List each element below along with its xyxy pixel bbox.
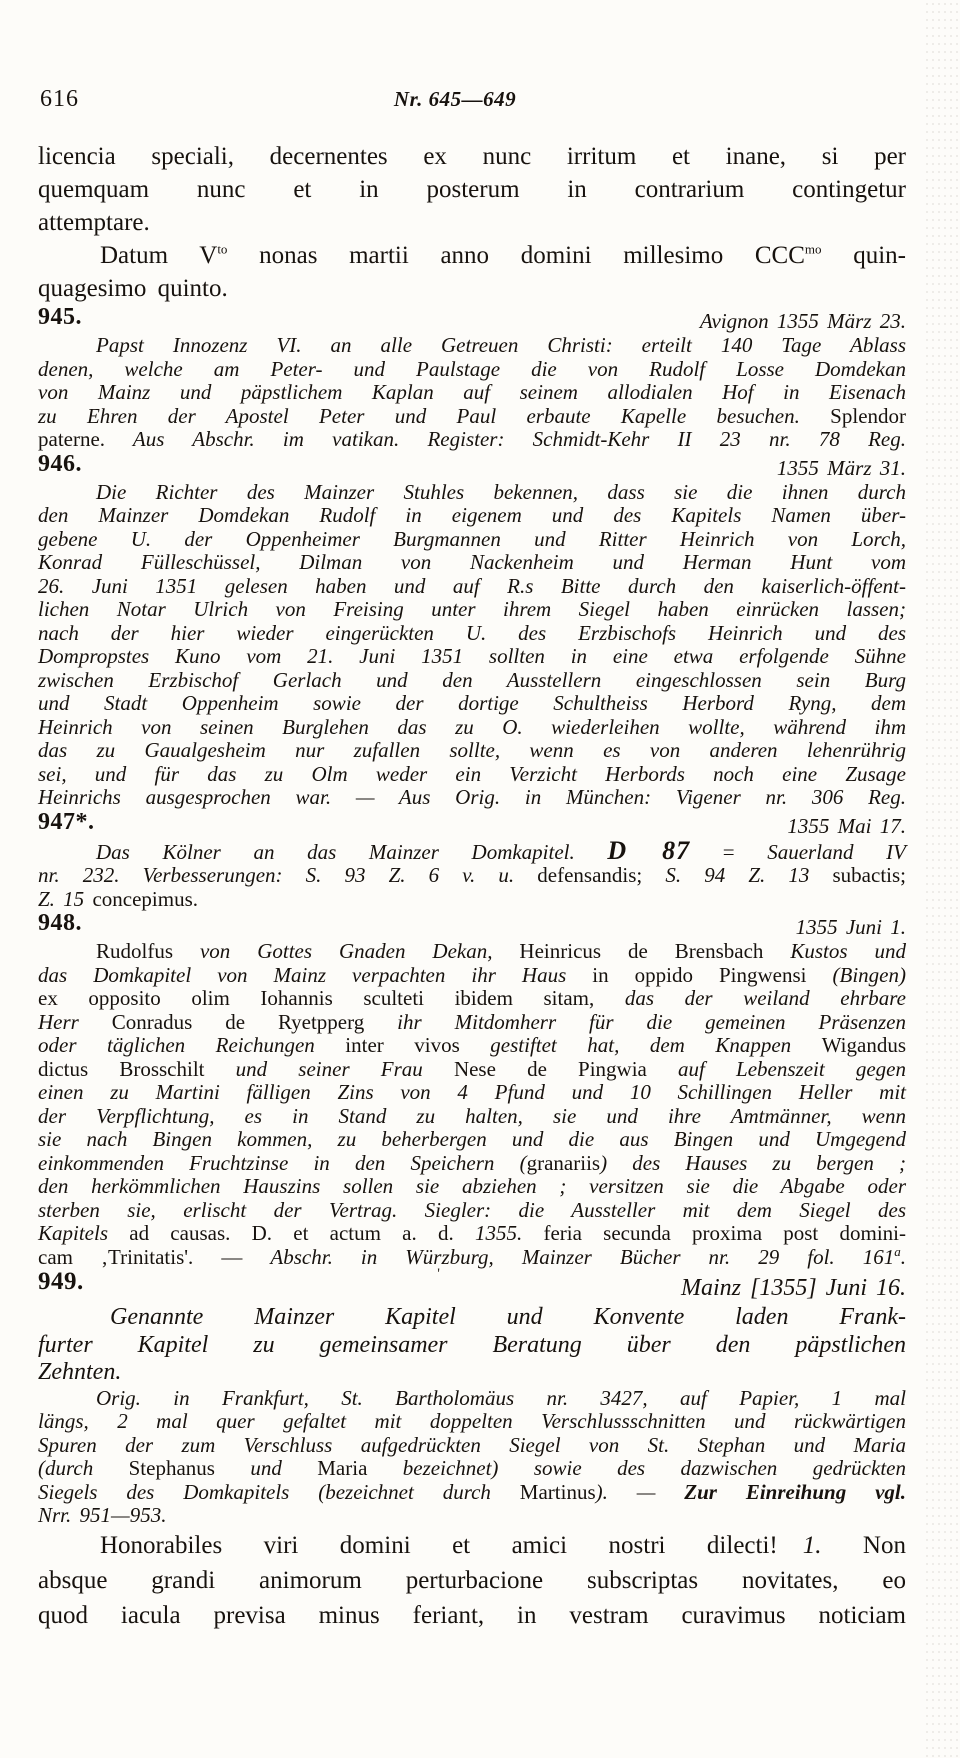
text-line: einen zu Martini fälligen Zins von 4 Pfu… — [38, 1081, 906, 1105]
text-line: der Verpflichtung, es in Stand zu halten… — [38, 1105, 906, 1129]
text-line: furter Kapitel zu gemeinsamer Beratung ü… — [38, 1332, 906, 1360]
text-segment: . — [901, 1245, 906, 1269]
text-segment: concepimus. — [92, 887, 198, 911]
text-line: zu Ehren der Apostel Peter und Paul erba… — [38, 405, 906, 429]
text-line: oder täglichen Reichungen inter vivos ge… — [38, 1034, 906, 1058]
text-segment: das Domkapitel von Mainz verpachten ihr … — [38, 963, 592, 987]
text-line: gebene U. der Oppenheimer Burgmannen und… — [38, 528, 906, 552]
text-segment: Herr — [38, 1010, 112, 1034]
text-segment: von Mainz und päpstlichem Kaplan auf sei… — [38, 380, 906, 404]
entry-heading: 945.Avignon 1355 März 23. — [38, 307, 906, 334]
text-segment: längs, 2 mal quer gefaltet mit doppelten… — [38, 1409, 906, 1433]
text-line: den Mainzer Domdekan Rudolf in eigenem u… — [38, 504, 906, 528]
text-line: dictus Brosschilt und seiner Frau Nese d… — [38, 1058, 906, 1082]
text-line: Papst Innozenz VI. an alle Getreuen Chri… — [38, 334, 906, 358]
text-segment: Nrr. 951—953. — [38, 1503, 166, 1527]
text-segment: Konrad Fülleschüssel, Dilman von Nackenh… — [38, 550, 906, 574]
text-line: nr. 232. Verbesserungen: S. 93 Z. 6 v. u… — [38, 864, 906, 888]
text-line: Herr Conradus de Ryetpperg ihr Mitdomher… — [38, 1011, 906, 1035]
text-line: Orig. in Frankfurt, St. Bartholomäus nr.… — [38, 1387, 906, 1411]
text-line: licencia speciali, decernentes ex nunc i… — [38, 140, 906, 173]
text-line: nach der hier wieder eingerückten U. des… — [38, 622, 906, 646]
text-line: den herkömmlichen Hauszins sollen sie ab… — [38, 1175, 906, 1199]
paragraph: Die Richter des Mainzer Stuhles bekennen… — [38, 481, 906, 810]
text-line: Die Richter des Mainzer Stuhles bekennen… — [38, 481, 906, 505]
text-segment: ) des Hauses zu bergen ; — [600, 1151, 906, 1175]
text-segment: Das Kölner an das Mainzer Domkapitel. — [96, 840, 575, 864]
text-segment: zu Ehren der Apostel Peter und Paul erba… — [38, 404, 800, 428]
text-segment: quin- — [822, 242, 906, 269]
paragraph: licencia speciali, decernentes ex nunc i… — [38, 140, 906, 239]
text-segment: paterne. — [38, 427, 105, 451]
text-line: Nrr. 951—953. — [38, 1504, 906, 1528]
text-segment: Aus Abschr. im vatikan. Register: Schmid… — [105, 427, 906, 451]
entry-heading: 949.'Mainz [1355] Juni 16. — [38, 1271, 906, 1304]
text-segment: S. 94 Z. 13 — [665, 863, 832, 887]
running-title: Nr. 645—649 — [38, 87, 872, 112]
body-blocks: licencia speciali, decernentes ex nunc i… — [38, 140, 906, 1633]
text-segment: Kustos und — [790, 939, 906, 963]
text-segment — [575, 840, 608, 864]
text-line: attemptare. — [38, 206, 906, 239]
text-segment: to — [217, 242, 227, 257]
text-segment: sei, und für das zu Olm weder ein Verzic… — [38, 762, 906, 786]
text-segment: feria secunda proxima post domini- — [522, 1221, 906, 1245]
text-segment: Genannte Mainzer Kapitel und Konvente la… — [110, 1304, 906, 1330]
text-segment: dictus Brosschilt — [38, 1057, 236, 1081]
text-segment: Splendor — [800, 404, 906, 428]
text-segment: quod iacula previsa minus feriant, in ve… — [38, 1602, 906, 1629]
text-segment: ; — [636, 863, 665, 887]
paragraph: Rudolfus von Gottes Gnaden Dekan, Heinri… — [38, 940, 906, 1269]
entry-heading: 948.1355 Juni 1. — [38, 913, 906, 940]
text-segment: nonas martii anno domini millesimo CCC — [227, 242, 804, 269]
text-segment: Papst Innozenz VI. an alle Getreuen Chri… — [96, 333, 906, 357]
text-line: Genannte Mainzer Kapitel und Konvente la… — [38, 1304, 906, 1332]
text-segment: Datum V — [100, 242, 217, 269]
text-segment: subactis — [833, 863, 901, 887]
text-line: ex opposito olim Iohannis sculteti ibide… — [38, 987, 906, 1011]
text-segment: (Bingen) — [833, 963, 906, 987]
entry-number: 947*. — [38, 809, 95, 836]
text-line: zwischen Erzbischof Gerlach und den Auss… — [38, 669, 906, 693]
text-segment: ihr Mitdomherr für die gemeinen Präsenze… — [397, 1010, 906, 1034]
text-line: quemquam nunc et in posterum in contrari… — [38, 173, 906, 206]
text-segment: (durch — [38, 1456, 129, 1480]
text-segment: defensandis — [537, 863, 636, 887]
text-segment: Abschr. in Würzburg, Mainzer Bücher nr. … — [270, 1245, 894, 1269]
text-segment: Orig. in Frankfurt, St. Bartholomäus nr.… — [96, 1386, 906, 1410]
text-line: Kapitels ad causas. D. et actum a. d. 13… — [38, 1222, 906, 1246]
text-segment: mo — [805, 242, 822, 257]
text-segment: ad causas. D. et actum a. d. — [129, 1221, 475, 1245]
text-segment: 26. Juni 1351 gelesen haben und auf R.s … — [38, 574, 906, 598]
text-segment — [778, 1532, 803, 1559]
entry-number: 946. — [38, 451, 82, 478]
paragraph: Honorabiles viri domini et amici nostri … — [38, 1528, 906, 1633]
text-segment: = — [690, 840, 767, 864]
text-segment: Stephanus — [129, 1456, 215, 1480]
text-segment: lichen Notar Ulrich von Freising unter i… — [38, 597, 906, 621]
entry-date: Mainz [1355] Juni 16. — [681, 1275, 906, 1302]
text-segment: quemquam nunc et in posterum in contrari… — [38, 176, 906, 203]
text-segment: inter vivos — [345, 1033, 490, 1057]
text-line: und Stadt Oppenheim sowie der dortige Sc… — [38, 692, 906, 716]
text-segment: denen, welche am Peter- und Paulstage di… — [38, 357, 906, 381]
text-line: sei, und für das zu Olm weder ein Verzic… — [38, 763, 906, 787]
text-segment: furter Kapitel zu gemeinsamer Beratung ü… — [38, 1332, 906, 1358]
text-segment: auf Lebenszeit gegen — [678, 1057, 906, 1081]
text-segment: und Stadt Oppenheim sowie der dortige Sc… — [38, 691, 906, 715]
paragraph: Papst Innozenz VI. an alle Getreuen Chri… — [38, 334, 906, 452]
text-segment: in oppido Pingwensi — [592, 963, 832, 987]
text-segment: Heinrich von seinen Burglehen das zu O. … — [38, 715, 906, 739]
text-line: Z. 15 concepimus. — [38, 888, 906, 912]
text-segment: nr. 232. Verbesserungen: S. 93 Z. 6 v. u… — [38, 863, 537, 887]
scanned-book-page: 616 Nr. 645—649 licencia speciali, decer… — [0, 0, 960, 1758]
text-line: Das Kölner an das Mainzer Domkapitel. D … — [38, 839, 906, 865]
text-segment: Heinricus de Brensbach — [492, 939, 790, 963]
text-segment: einen zu Martini fälligen Zins von 4 Pfu… — [38, 1080, 906, 1104]
entry-heading: 947*.1355 Mai 17. — [38, 812, 906, 839]
paragraph: Datum Vto nonas martii anno domini mille… — [38, 239, 906, 305]
entry-date: Avignon 1355 März 23. — [700, 309, 906, 334]
text-segment: der Verpflichtung, es in Stand zu halten… — [38, 1104, 906, 1128]
text-segment: Zehnten. — [38, 1359, 121, 1385]
text-line: Heinrichs ausgesprochen war. — Aus Orig.… — [38, 786, 906, 810]
text-segment: zwischen Erzbischof Gerlach und den Auss… — [38, 668, 906, 692]
text-segment: und seiner Frau — [236, 1057, 454, 1081]
text-line: Heinrich von seinen Burglehen das zu O. … — [38, 716, 906, 740]
entry-number: 945. — [38, 304, 82, 331]
scan-artifact-mark: ' — [437, 1266, 440, 1283]
text-segment: 1355. — [475, 1221, 522, 1245]
entry-date: 1355 März 31. — [777, 456, 906, 481]
text-line: absque grandi animorum perturbacione sub… — [38, 1563, 906, 1598]
text-segment: gestiftet hat, dem Knappen — [490, 1033, 821, 1057]
text-segment: Zur Einreihung vgl. — [684, 1480, 906, 1504]
text-segment: Z. 15 — [38, 887, 92, 911]
text-segment: granariis — [527, 1151, 600, 1175]
text-line: Datum Vto nonas martii anno domini mille… — [38, 239, 906, 272]
text-segment: attemptare. — [38, 209, 150, 236]
page-header: 616 Nr. 645—649 — [38, 86, 906, 140]
text-line: lichen Notar Ulrich von Freising unter i… — [38, 598, 906, 622]
text-segment: Wigandus — [822, 1033, 906, 1057]
entry-number: 948. — [38, 910, 82, 937]
text-segment: cam ‚Trinitatis'. — — [38, 1245, 270, 1269]
text-segment: Siegels des Domkapitels (bezeichnet durc… — [38, 1480, 520, 1504]
text-segment: das der weiland ehrbare — [625, 986, 906, 1010]
text-segment: bezeichnet) sowie des dazwischen gedrück… — [367, 1456, 906, 1480]
text-segment: und — [215, 1456, 317, 1480]
text-segment: quagesimo quinto. — [38, 275, 228, 302]
text-segment: Spuren der zum Verschluss aufgedrückten … — [38, 1433, 906, 1457]
text-segment: nach der hier wieder eingerückten U. des… — [38, 621, 906, 645]
text-line: Rudolfus von Gottes Gnaden Dekan, Heinri… — [38, 940, 906, 964]
text-segment: Non — [821, 1532, 906, 1559]
text-line: Spuren der zum Verschluss aufgedrückten … — [38, 1434, 906, 1458]
text-segment: Honorabiles viri domini et amici nostri … — [100, 1532, 778, 1559]
text-line: Dompropstes Kuno vom 21. Juni 1351 sollt… — [38, 645, 906, 669]
text-segment: Nese de Pingwia — [454, 1057, 678, 1081]
text-line: sie nach Bingen kommen, zu beherbergen u… — [38, 1128, 906, 1152]
text-segment: den Mainzer Domdekan Rudolf in eigenem u… — [38, 503, 906, 527]
text-line: quod iacula previsa minus feriant, in ve… — [38, 1598, 906, 1633]
text-segment: D 87 — [607, 836, 690, 865]
text-line: von Mainz und päpstlichem Kaplan auf sei… — [38, 381, 906, 405]
text-line: Zehnten. — [38, 1359, 906, 1387]
text-segment: von Gottes Gnaden Dekan, — [200, 939, 493, 963]
text-segment: Martinus — [520, 1480, 596, 1504]
text-segment: Kapitels — [38, 1221, 129, 1245]
text-segment: Maria — [317, 1456, 367, 1480]
paragraph: Orig. in Frankfurt, St. Bartholomäus nr.… — [38, 1387, 906, 1528]
text-segment: einkommenden Fruchtzinse in den Speicher… — [38, 1151, 527, 1175]
text-segment: Conradus de Ryetpperg — [112, 1010, 397, 1034]
paragraph: Genannte Mainzer Kapitel und Konvente la… — [38, 1304, 906, 1387]
entry-heading: 946.1355 März 31. — [38, 454, 906, 481]
text-line: 26. Juni 1351 gelesen haben und auf R.s … — [38, 575, 906, 599]
text-segment: Sauerland IV — [767, 840, 906, 864]
text-line: paterne. Aus Abschr. im vatikan. Registe… — [38, 428, 906, 452]
entry-date: 1355 Juni 1. — [796, 915, 906, 940]
text-segment: ). — — [596, 1480, 685, 1504]
page-content: 616 Nr. 645—649 licencia speciali, decer… — [38, 86, 906, 1633]
text-line: längs, 2 mal quer gefaltet mit doppelten… — [38, 1410, 906, 1434]
scan-edge-noise — [924, 0, 960, 1758]
text-segment: oder täglichen Reichungen — [38, 1033, 345, 1057]
text-line: denen, welche am Peter- und Paulstage di… — [38, 358, 906, 382]
text-line: (durch Stephanus und Maria bezeichnet) s… — [38, 1457, 906, 1481]
paragraph: Das Kölner an das Mainzer Domkapitel. D … — [38, 839, 906, 912]
text-segment: ex opposito olim Iohannis sculteti ibide… — [38, 986, 625, 1010]
text-segment: 1. — [803, 1532, 822, 1559]
text-segment: ; — [900, 863, 906, 887]
text-segment: absque grandi animorum perturbacione sub… — [38, 1567, 906, 1594]
text-line: einkommenden Fruchtzinse in den Speicher… — [38, 1152, 906, 1176]
text-line: cam ‚Trinitatis'. — Abschr. in Würzburg,… — [38, 1246, 906, 1270]
text-segment: sterben sie, erlischt der Vertrag. Siegl… — [38, 1198, 906, 1222]
text-segment: Die Richter des Mainzer Stuhles bekennen… — [96, 480, 906, 504]
text-segment: Rudolfus — [96, 939, 200, 963]
text-segment: licencia speciali, decernentes ex nunc i… — [38, 143, 906, 170]
text-segment: den herkömmlichen Hauszins sollen sie ab… — [38, 1174, 906, 1198]
entry-number: 949. — [38, 1268, 84, 1296]
text-line: Siegels des Domkapitels (bezeichnet durc… — [38, 1481, 906, 1505]
text-line: das Domkapitel von Mainz verpachten ihr … — [38, 964, 906, 988]
text-segment: sie nach Bingen kommen, zu beherbergen u… — [38, 1127, 906, 1151]
text-line: Konrad Fülleschüssel, Dilman von Nackenh… — [38, 551, 906, 575]
entry-date: 1355 Mai 17. — [787, 814, 906, 839]
text-segment: das zu Gaualgesheim nur zufallen sollte,… — [38, 738, 906, 762]
text-segment: Heinrichs ausgesprochen war. — Aus Orig.… — [38, 785, 906, 809]
text-segment: Dompropstes Kuno vom 21. Juni 1351 sollt… — [38, 644, 906, 668]
text-segment: gebene U. der Oppenheimer Burgmannen und… — [38, 527, 906, 551]
text-line: das zu Gaualgesheim nur zufallen sollte,… — [38, 739, 906, 763]
text-line: quagesimo quinto. — [38, 272, 906, 305]
text-line: Honorabiles viri domini et amici nostri … — [38, 1528, 906, 1563]
text-line: sterben sie, erlischt der Vertrag. Siegl… — [38, 1199, 906, 1223]
